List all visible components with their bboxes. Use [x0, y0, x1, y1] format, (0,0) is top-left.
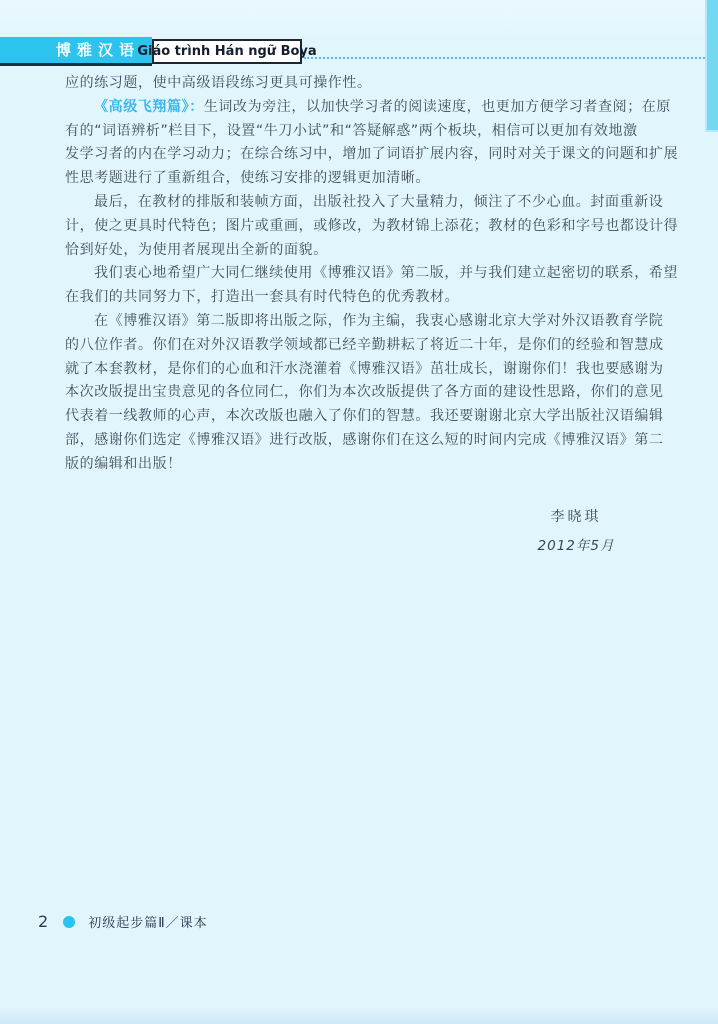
text-line: 计，使之更具时代特色；图片或重画，或修改，为教材锦上添花；教材的色彩和字号也都设… — [65, 215, 659, 239]
text-line: 恰到好处，为使用者展现出全新的面貌。 — [65, 239, 659, 263]
text-line-rest: 生词改为旁注，以加快学习者的阅读速度，也更加方便学习者查阅；在原 — [204, 99, 671, 115]
series-title-tab: 博雅汉语 — [0, 37, 152, 63]
page-number: 2 — [38, 912, 48, 931]
footer-bullet-icon — [63, 916, 75, 928]
series-title-tab-shadow — [0, 63, 152, 66]
text-line: 性思考题进行了重新组合，使练习安排的逻辑更加清晰。 — [65, 167, 659, 191]
series-title: 博雅汉语 — [56, 41, 140, 59]
text-line: 代表着一线教师的心声，本次改版也融入了你们的智慧。我还要谢谢北京大学出版社汉语编… — [65, 405, 659, 429]
subtitle-tab: Giáo trình Hán ngữ Boya — [152, 39, 302, 64]
series-subtitle: Giáo trình Hán ngữ Boya — [137, 44, 316, 59]
highlighted-book-part-title: 《高级飞翔篇》： — [94, 99, 204, 115]
text-line: 就了本套教材，是你们的心血和汗水浇灌着《博雅汉语》茁壮成长，谢谢你们！我也要感谢… — [65, 358, 659, 382]
author-signature: 李晓琪 — [496, 506, 656, 526]
signature-date: 2012年5月 — [496, 534, 656, 554]
text-line: 本次改版提出宝贵意见的各位同仁，你们为本次改版提供了各方面的建设性思路，你们的意… — [65, 381, 659, 405]
text-line: 版的编辑和出版！ — [65, 453, 659, 477]
text-line: 在我们的共同努力下，打造出一套具有时代特色的优秀教材。 — [65, 286, 659, 310]
text-line: 有的“词语辨析”栏目下，设置“牛刀小试”和“答疑解惑”两个板块，相信可以更加有效… — [65, 120, 659, 144]
text-line: 在《博雅汉语》第二版即将出版之际，作为主编，我衷心感谢北京大学对外汉语教育学院 — [65, 310, 659, 334]
text-line: 的八位作者。你们在对外汉语教学领域都已经辛勤耕耘了将近二十年，是你们的经验和智慧… — [65, 334, 659, 358]
page-footer: 2 初级起步篇Ⅱ／课本 — [38, 912, 208, 931]
footer-book-title: 初级起步篇Ⅱ／课本 — [88, 912, 207, 931]
book-page: 博雅汉语 Giáo trình Hán ngữ Boya 应的练习题，使中高级语… — [0, 0, 718, 1024]
text-line: 应的练习题，使中高级语段练习更具可操作性。 — [65, 72, 659, 96]
page-edge-accent-bar — [705, 0, 718, 132]
preface-text-block: 应的练习题，使中高级语段练习更具可操作性。 《高级飞翔篇》：生词改为旁注，以加快… — [65, 72, 659, 477]
text-line: 最后，在教材的排版和装帧方面，出版社投入了大量精力，倾注了不少心血。封面重新设 — [65, 191, 659, 215]
text-line: 发学习者的内在学习动力；在综合练习中，增加了词语扩展内容，同时对关于课文的问题和… — [65, 143, 659, 167]
text-line: 部，感谢你们选定《博雅汉语》进行改版，感谢你们在这么短的时间内完成《博雅汉语》第… — [65, 429, 659, 453]
text-line: 《高级飞翔篇》：生词改为旁注，以加快学习者的阅读速度，也更加方便学习者查阅；在原 — [65, 96, 659, 120]
header-dotted-rule — [304, 57, 705, 59]
text-line: 我们衷心地希望广大同仁继续使用《博雅汉语》第二版，并与我们建立起密切的联系，希望 — [65, 262, 659, 286]
